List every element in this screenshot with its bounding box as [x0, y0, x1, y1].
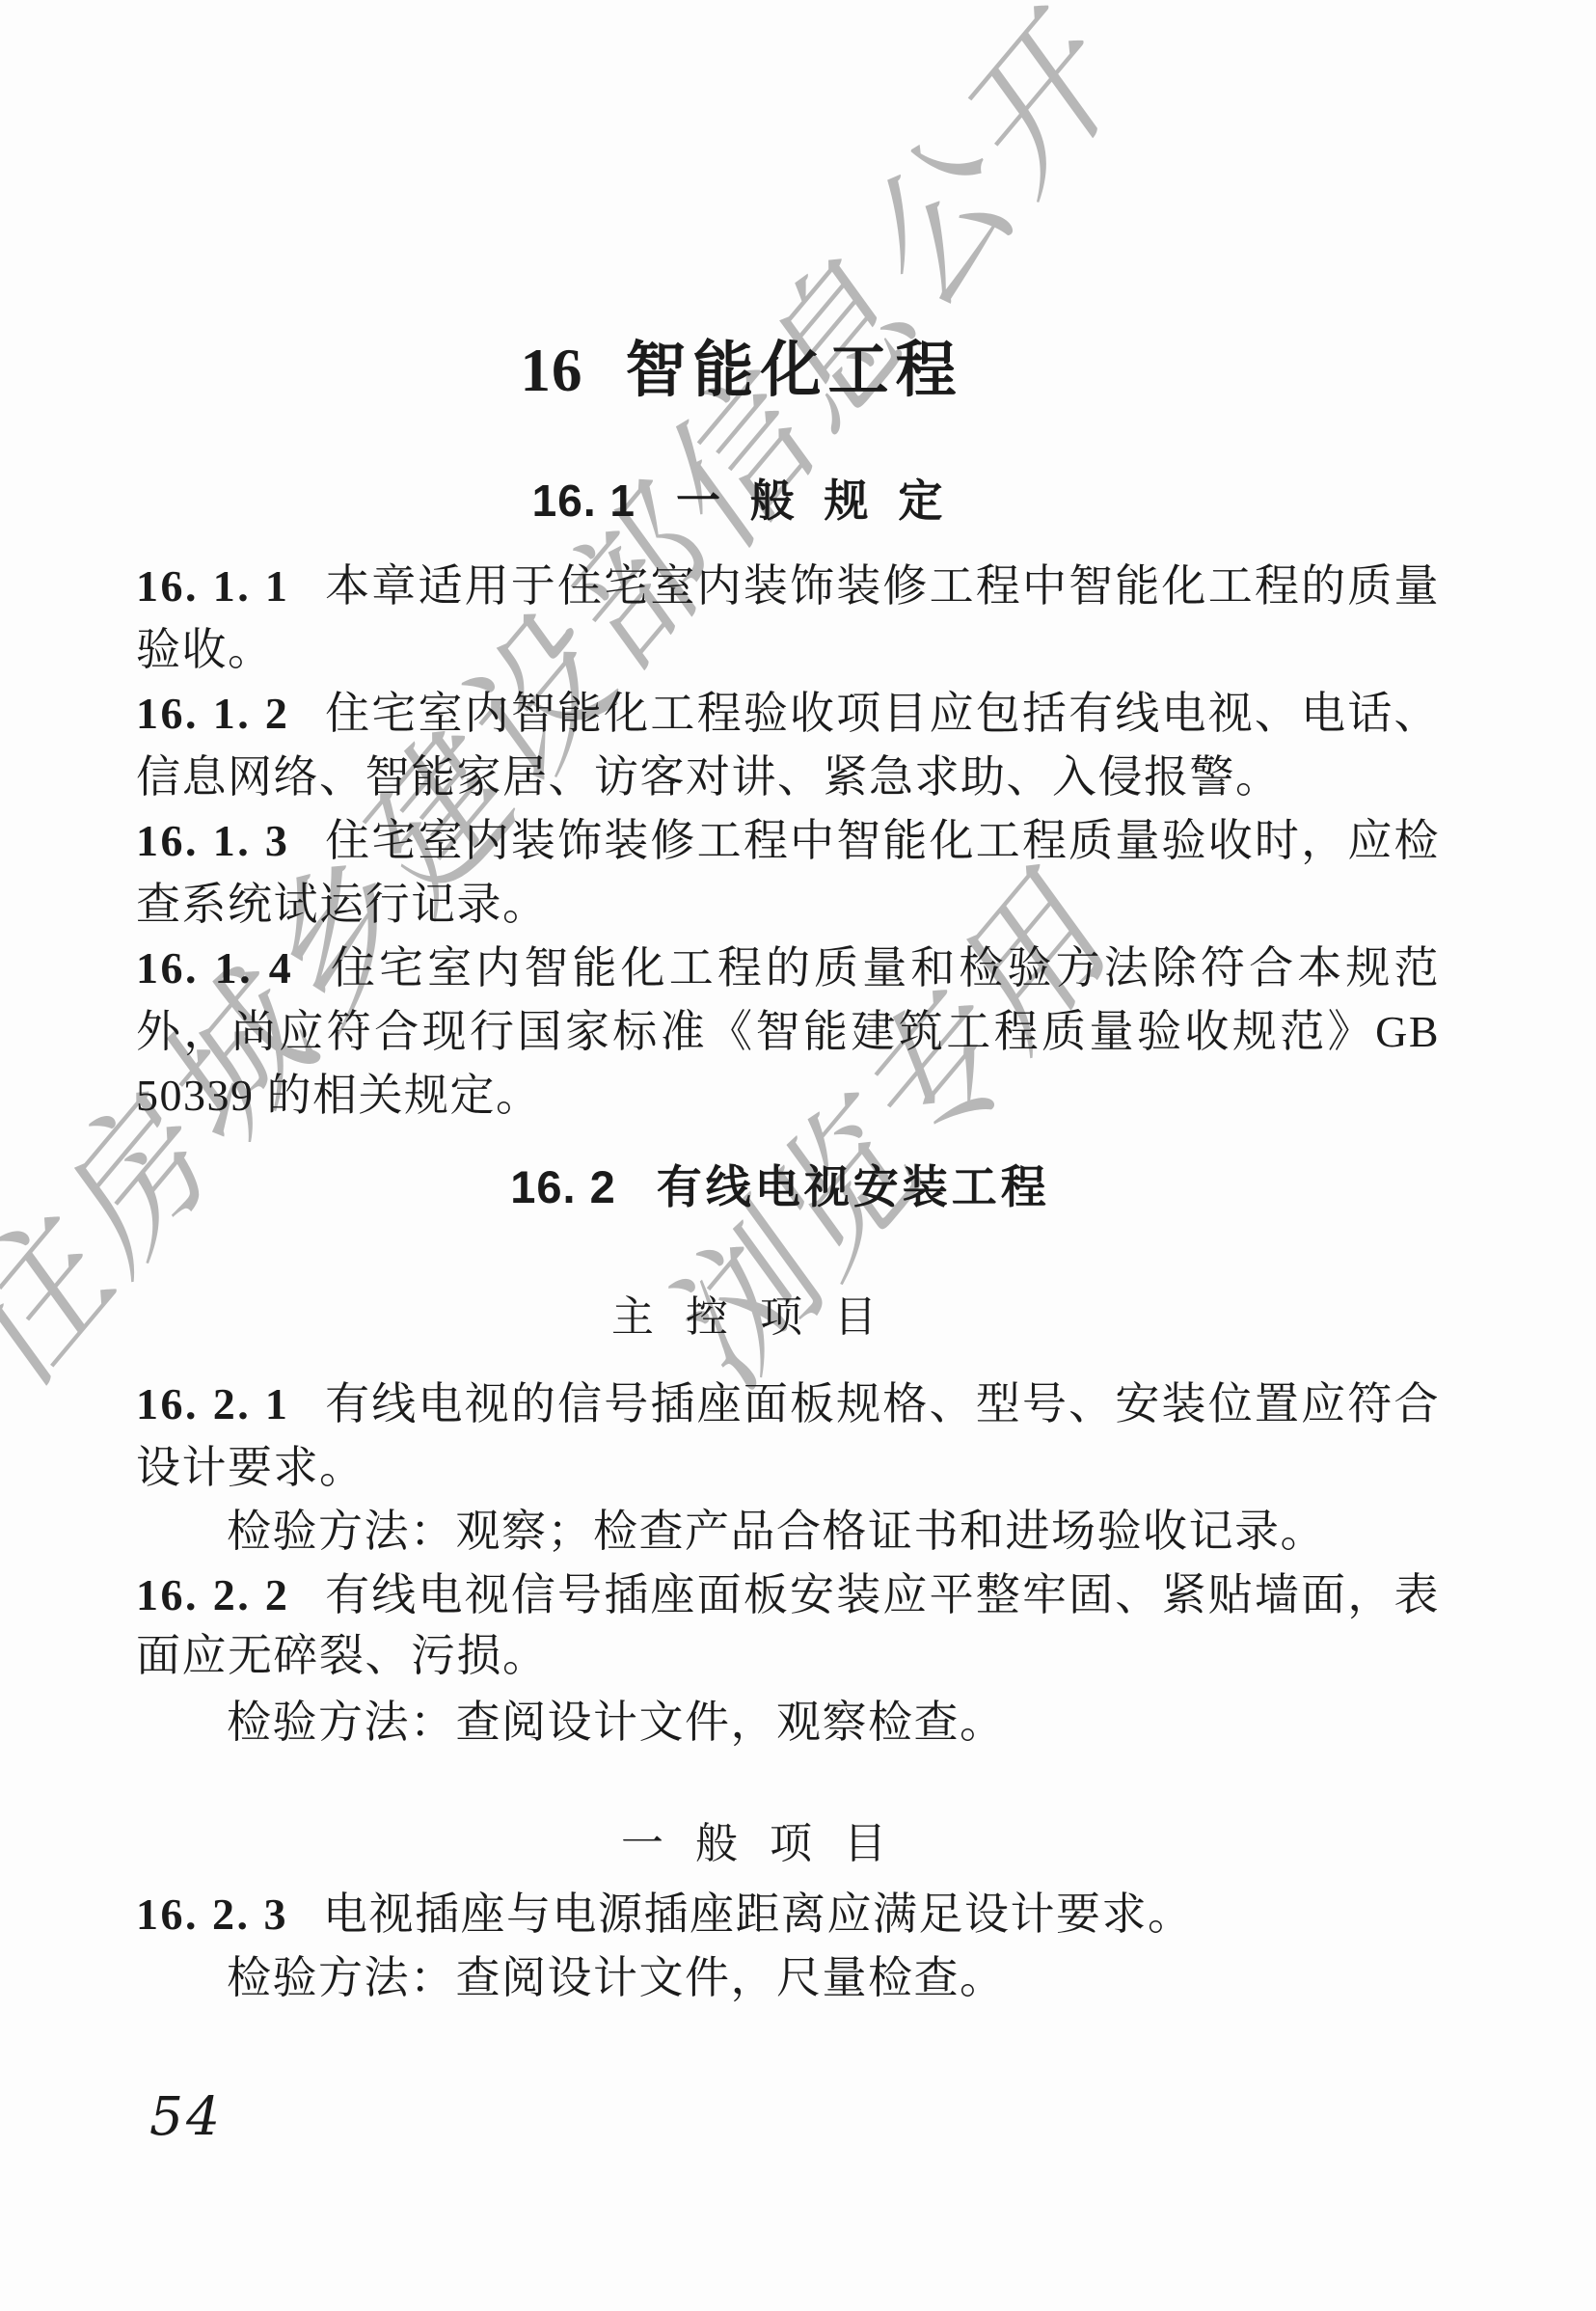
clause-number: 16. 2. 3 — [136, 1890, 288, 1939]
document-page: 住房城乡建设部信息公开 浏览专用 16智能化工程 16. 1一 般 规 定 16… — [0, 0, 1596, 2311]
section-16-1-number: 16. 1 — [532, 476, 636, 526]
section-16-1-heading: 16. 1一 般 规 定 — [90, 466, 1393, 530]
chapter-name: 智能化工程 — [626, 337, 963, 404]
inspection-method-line: 检验方法：查阅设计文件，尺量检查。 — [136, 1953, 1440, 2004]
clause-text: 面应无碎裂、污损。 — [136, 1631, 549, 1680]
clause-text: 电视插座与电源插座距离应满足设计要求。 — [323, 1890, 1194, 1939]
clause-text: 设计要求。 — [136, 1443, 365, 1492]
subsection-main-control-items: 主 控 项 目 — [97, 1282, 1401, 1344]
clause-text: 检验方法：查阅设计文件，尺量检查。 — [227, 1953, 1006, 2002]
clause-line: 16. 1. 4住宅室内智能化工程的质量和检验方法除符合本规范 — [136, 943, 1440, 994]
clause-line: 外，尚应符合现行国家标准《智能建筑工程质量验收规范》GB — [136, 1007, 1440, 1058]
clause-text: 有线电视的信号插座面板规格、型号、安装位置应符合 — [324, 1379, 1440, 1428]
clause-line: 验收。 — [136, 625, 1440, 676]
clause-number: 16. 1. 3 — [136, 816, 289, 865]
clause-number: 16. 1. 1 — [136, 561, 289, 611]
clause-line: 信息网络、智能家居、访客对讲、紧急求助、入侵报警。 — [136, 752, 1440, 803]
clause-line: 面应无碎裂、污损。 — [136, 1631, 1440, 1682]
clause-text: 检验方法：观察；检查产品合格证书和进场验收记录。 — [227, 1507, 1326, 1556]
chapter-number: 16 — [521, 337, 583, 404]
page-content: 16智能化工程 16. 1一 般 规 定 16. 1. 1本章适用于住宅室内装饰… — [0, 0, 1596, 2311]
section-16-1-title: 一 般 规 定 — [676, 476, 951, 526]
chapter-title: 16智能化工程 — [90, 321, 1393, 409]
subsection-general-items: 一 般 项 目 — [107, 1808, 1411, 1870]
clause-text: 外，尚应符合现行国家标准《智能建筑工程质量验收规范》GB — [136, 1007, 1440, 1056]
clause-text: 信息网络、智能家居、访客对讲、紧急求助、入侵报警。 — [136, 752, 1282, 802]
page-number: 54 — [149, 2085, 223, 2147]
clause-line: 16. 2. 3电视插座与电源插座距离应满足设计要求。 — [136, 1890, 1440, 1941]
section-16-2-heading: 16. 2有线电视安装工程 — [128, 1152, 1432, 1216]
clause-number: 16. 1. 4 — [136, 943, 293, 992]
clause-text: 有线电视信号插座面板安装应平整牢固、紧贴墙面，表 — [324, 1570, 1440, 1619]
clause-text: 住宅室内智能化工程验收项目应包括有线电视、电话、 — [324, 689, 1440, 738]
clause-line: 16. 1. 2住宅室内智能化工程验收项目应包括有线电视、电话、 — [136, 689, 1440, 740]
clause-line: 16. 1. 3住宅室内装饰装修工程中智能化工程质量验收时，应检 — [136, 816, 1440, 867]
clause-number: 16. 2. 2 — [136, 1570, 289, 1619]
clause-line: 设计要求。 — [136, 1443, 1440, 1494]
clause-text: 检验方法：查阅设计文件，观察检查。 — [227, 1698, 1006, 1747]
clause-number: 16. 1. 2 — [136, 689, 289, 738]
clause-line: 16. 2. 2有线电视信号插座面板安装应平整牢固、紧贴墙面，表 — [136, 1570, 1440, 1621]
clause-text: 50339 的相关规定。 — [136, 1071, 542, 1120]
section-16-2-number: 16. 2 — [510, 1161, 616, 1212]
clause-line: 查系统试运行记录。 — [136, 880, 1440, 931]
clause-line: 16. 1. 1本章适用于住宅室内装饰装修工程中智能化工程的质量 — [136, 561, 1440, 612]
clause-text: 住宅室内装饰装修工程中智能化工程质量验收时，应检 — [324, 816, 1440, 865]
clause-line: 16. 2. 1有线电视的信号插座面板规格、型号、安装位置应符合 — [136, 1379, 1440, 1430]
inspection-method-line: 检验方法：查阅设计文件，观察检查。 — [136, 1698, 1440, 1749]
clause-text: 验收。 — [136, 625, 274, 674]
clause-text: 查系统试运行记录。 — [136, 880, 549, 929]
clause-text: 住宅室内智能化工程的质量和检验方法除符合本规范 — [328, 943, 1440, 992]
clause-line: 50339 的相关规定。 — [136, 1071, 1440, 1122]
inspection-method-line: 检验方法：观察；检查产品合格证书和进场验收记录。 — [136, 1507, 1440, 1558]
section-16-2-title: 有线电视安装工程 — [657, 1161, 1050, 1212]
clause-text: 本章适用于住宅室内装饰装修工程中智能化工程的质量 — [324, 561, 1440, 611]
clause-number: 16. 2. 1 — [136, 1379, 289, 1428]
